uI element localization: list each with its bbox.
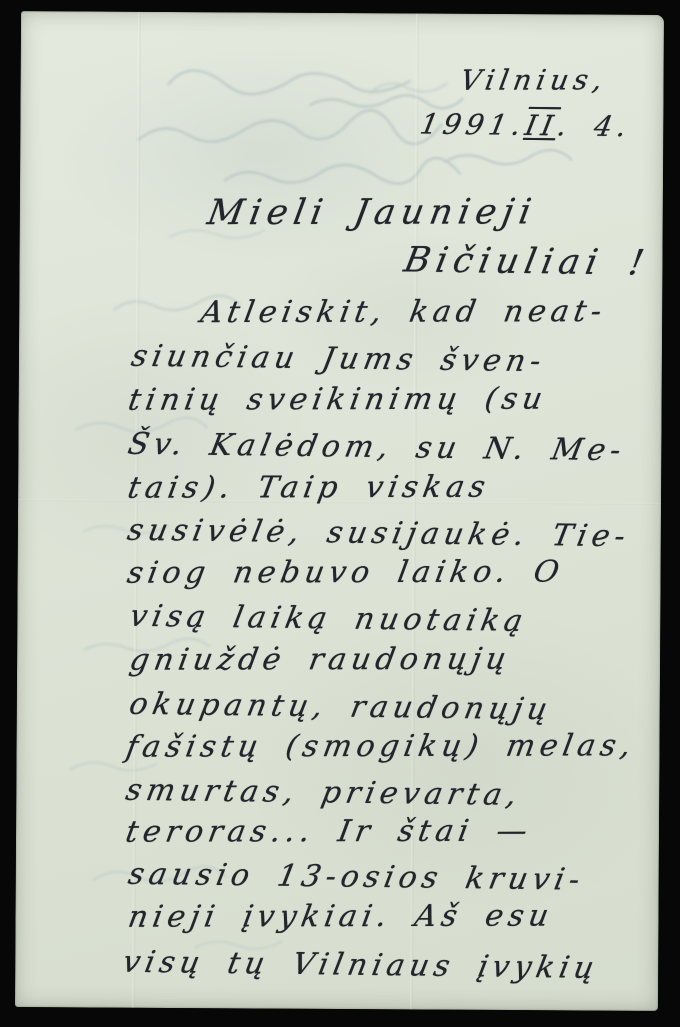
body-line: siunčiau Jums šven- bbox=[129, 340, 549, 378]
dateline-date: 1991.II. 4. bbox=[417, 110, 633, 144]
body-line: Šv. Kalėdom, su N. Me- bbox=[125, 428, 628, 467]
salutation-line-2: Bičiuliai ! bbox=[401, 241, 653, 283]
letter-paper: Vilnius, 1991.II. 4. Mieli Jaunieji Biči… bbox=[15, 11, 664, 1011]
body-line: tinių sveikinimų (su bbox=[126, 383, 550, 417]
body-line: visą laiką nuotaiką bbox=[127, 600, 530, 638]
body-line: sausio 13-osios kruvi- bbox=[126, 858, 588, 897]
body-line: susivėlė, susijaukė. Tie- bbox=[125, 514, 633, 554]
body-line: gniuždė raudonųjų bbox=[127, 643, 513, 677]
scan-background: Vilnius, 1991.II. 4. Mieli Jaunieji Biči… bbox=[0, 0, 680, 1027]
body-line: okupantų, raudonųjų bbox=[127, 688, 555, 726]
body-line: tais). Taip viskas bbox=[125, 471, 492, 505]
body-line: smurtas, prievarta, bbox=[123, 774, 524, 812]
body-line: teroras... Ir štai — bbox=[123, 815, 535, 849]
dateline-day: . 4. bbox=[555, 109, 635, 143]
dateline-year: 1991. bbox=[417, 108, 528, 142]
body-line: nieji įvykiai. Aš esu bbox=[126, 900, 556, 934]
body-line: fašistų (smogikų) melas, bbox=[124, 729, 639, 763]
dateline-place: Vilnius, bbox=[458, 65, 610, 96]
body-line: siog nebuvo laiko. O bbox=[125, 556, 567, 590]
body-line: visų tų Vilniaus įvykių bbox=[120, 946, 601, 985]
body-line: Atleiskit, kad neat- bbox=[198, 295, 609, 329]
salutation-line-1: Mieli Jaunieji bbox=[204, 193, 539, 232]
